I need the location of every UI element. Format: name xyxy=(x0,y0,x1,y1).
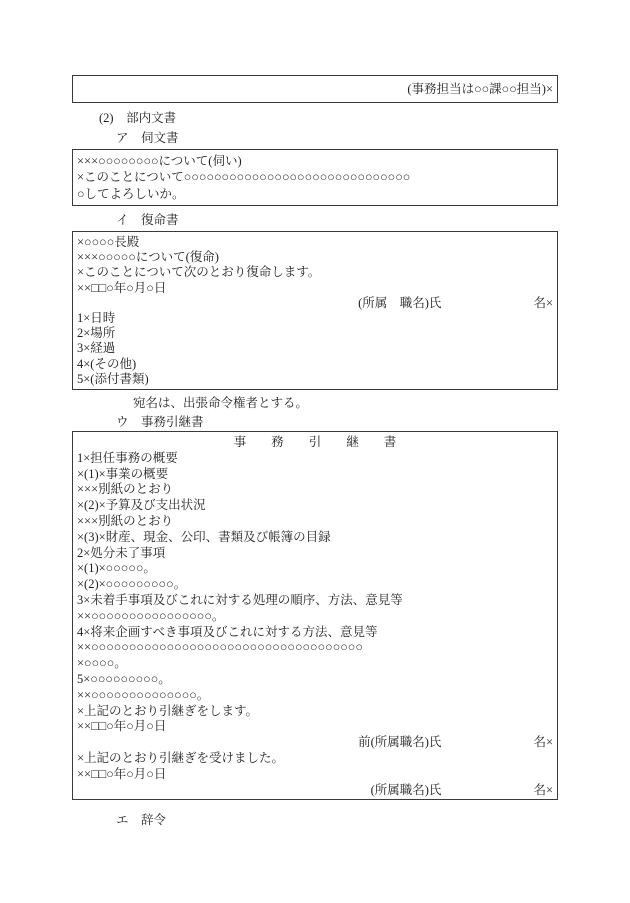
box-line: ×××別紙のとおり xyxy=(73,514,557,530)
box-line: 4×将来企画すべき事項及びこれに対する方法、意見等 xyxy=(73,625,557,641)
date-line: ××□□○年○月○日 xyxy=(73,767,557,783)
box-line: ××○○○○○○○○○○○○○○○○○○○○○○○○○○○○○○○○○○○○ xyxy=(73,640,557,656)
box-line: ×××○○○○○○○○について(伺い) xyxy=(73,153,557,169)
signature-name: 名× xyxy=(533,735,553,751)
signature-name: 名× xyxy=(533,783,553,799)
box-line: ×上記のとおり引継ぎをします。 xyxy=(73,704,557,720)
box-line: ×このことについて次のとおり復命します。 xyxy=(73,265,557,280)
box-line: 1×担任事務の概要 xyxy=(73,451,557,467)
item-label-ukagai: ア 伺文書 xyxy=(116,130,179,146)
item-label-fukumei: イ 復命書 xyxy=(116,212,179,228)
box-line: ×(1)×○○○○○。 xyxy=(73,561,557,577)
signature-title: (所属職名)氏 xyxy=(371,783,442,799)
box-line: ×○○○○長殿 xyxy=(73,235,557,250)
box-line: 3×経過 xyxy=(73,341,557,356)
box-line: ×(2)×予算及び支出状況 xyxy=(73,498,557,514)
box-line: 2×処分未了事項 xyxy=(73,546,557,562)
signature-line-outgoing: 前(所属職名)氏 名× xyxy=(73,735,557,751)
signature-name: 名× xyxy=(533,296,553,311)
box-line: 1×日時 xyxy=(73,311,557,326)
box-line: 5×○○○○○○○○○。 xyxy=(73,672,557,688)
box-line: 4×(その他) xyxy=(73,357,557,372)
box-line: 2×場所 xyxy=(73,326,557,341)
box-line: ×××○○○○○について(復命) xyxy=(73,250,557,265)
box-line: 3×未着手事項及びこれに対する処理の順序、方法、意見等 xyxy=(73,593,557,609)
box-line: ×××別紙のとおり xyxy=(73,482,557,498)
hikitsugi-box: 事 務 引 継 書 1×担任事務の概要 ×(1)×事業の概要 ×××別紙のとおり… xyxy=(72,431,558,800)
box-line: ×(3)×財産、現金、公印、書類及び帳簿の目録 xyxy=(73,530,557,546)
signature-title: (所属 職名)氏 xyxy=(358,296,441,311)
box-line: ×(1)×事業の概要 xyxy=(73,467,557,483)
box-line: ×○○○○。 xyxy=(73,656,557,672)
item-label-hikitsugi: ウ 事務引継書 xyxy=(116,414,204,430)
fukumei-box: ×○○○○長殿 ×××○○○○○について(復命) ×このことについて次のとおり復… xyxy=(72,231,558,390)
item-label-jirei: エ 辞令 xyxy=(116,812,166,828)
box-line: ××○○○○○○○○○○○○○○○○。 xyxy=(73,609,557,625)
signature-title: 前(所属職名)氏 xyxy=(358,735,441,751)
header-note-box: (事務担当は○○課○○担当)× xyxy=(72,75,558,103)
box-title: 事 務 引 継 書 xyxy=(73,435,557,451)
document-page: (事務担当は○○課○○担当)× (2) 部内文書 ア 伺文書 ×××○○○○○○… xyxy=(0,0,630,903)
box-line: ×上記のとおり引継ぎを受けました。 xyxy=(73,751,557,767)
date-line: ××□□○年○月○日 xyxy=(73,281,557,296)
header-note: (事務担当は○○課○○担当)× xyxy=(73,76,557,102)
section-group-label: (2) 部内文書 xyxy=(99,110,176,126)
box-line: ×このことについて○○○○○○○○○○○○○○○○○○○○○○○○○○○○○○ xyxy=(73,169,557,185)
addressee-note: 宛名は、出張命令権者とする。 xyxy=(133,395,308,411)
signature-line-incoming: (所属職名)氏 名× xyxy=(73,783,557,799)
box-line: 5×(添付書類) xyxy=(73,372,557,387)
signature-line: (所属 職名)氏 名× xyxy=(73,296,557,311)
box-line: ○してよろしいか。 xyxy=(73,186,557,202)
box-line: ×(2)×○○○○○○○○○。 xyxy=(73,577,557,593)
ukagai-box: ×××○○○○○○○○について(伺い) ×このことについて○○○○○○○○○○○… xyxy=(72,149,558,206)
box-line: ××○○○○○○○○○○○○○○。 xyxy=(73,688,557,704)
date-line: ××□□○年○月○日 xyxy=(73,719,557,735)
